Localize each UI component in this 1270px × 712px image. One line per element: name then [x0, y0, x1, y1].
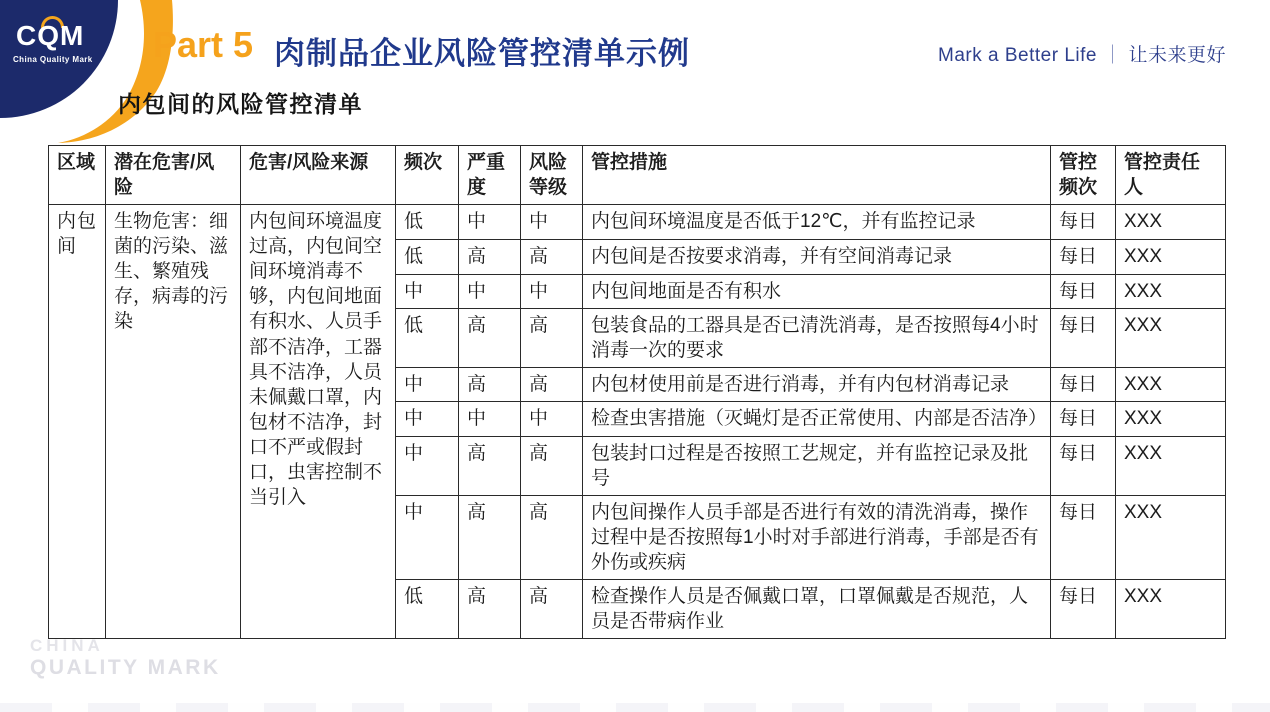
responsible-cell: XXX [1116, 309, 1226, 368]
severity-cell: 高 [459, 368, 521, 402]
frequency-cell: 中 [396, 368, 459, 402]
watermark-line2: QUALITY MARK [30, 656, 221, 680]
slogan-separator: ｜ [1103, 45, 1123, 66]
severity-cell: 高 [459, 579, 521, 638]
hazard-cell: 生物危害：细菌的污染、滋生、繁殖残存，病毒的污染 [106, 205, 241, 639]
col-header-measure: 管控措施 [583, 146, 1051, 205]
table-row: 内包间 生物危害：细菌的污染、滋生、繁殖残存，病毒的污染 内包间环境温度过高，内… [49, 205, 1226, 240]
control-frequency-cell: 每日 [1051, 275, 1116, 309]
slide-subtitle: 内包间的风险管控清单 [118, 86, 363, 119]
severity-cell: 中 [459, 402, 521, 436]
risk-level-cell: 高 [521, 309, 583, 368]
severity-cell: 高 [459, 309, 521, 368]
risk-level-cell: 中 [521, 275, 583, 309]
bottom-film-strip [0, 703, 1270, 712]
col-header-hazard: 潜在危害/风险 [106, 146, 241, 205]
watermark-line1: CHINA [30, 636, 221, 656]
frequency-cell: 中 [396, 436, 459, 495]
responsible-cell: XXX [1116, 205, 1226, 240]
measure-cell: 检查操作人员是否佩戴口罩，口罩佩戴是否规范，人员是否带病作业 [583, 579, 1051, 638]
slogan-zh: 让未来更好 [1128, 45, 1226, 66]
measure-cell: 内包间是否按要求消毒，并有空间消毒记录 [583, 240, 1051, 275]
control-frequency-cell: 每日 [1051, 368, 1116, 402]
control-frequency-cell: 每日 [1051, 309, 1116, 368]
col-header-source: 危害/风险来源 [241, 146, 396, 205]
measure-cell: 检查虫害措施（灭蝇灯是否正常使用、内部是否洁净） [583, 402, 1051, 436]
measure-cell: 内包间操作人员手部是否进行有效的清洗消毒，操作过程中是否按照每1小时对手部进行消… [583, 495, 1051, 579]
responsible-cell: XXX [1116, 368, 1226, 402]
logo-tagline: China Quality Mark [13, 55, 93, 64]
col-header-control-frequency: 管控频次 [1051, 146, 1116, 205]
frequency-cell: 低 [396, 240, 459, 275]
source-cell: 内包间环境温度过高，内包间空间环境消毒不够，内包间地面有积水、人员手部不洁净，工… [241, 205, 396, 639]
control-frequency-cell: 每日 [1051, 436, 1116, 495]
risk-control-table: 区域 潜在危害/风险 危害/风险来源 频次 严重度 风险等级 管控措施 管控频次… [48, 145, 1226, 639]
col-header-frequency: 频次 [396, 146, 459, 205]
col-header-responsible: 管控责任人 [1116, 146, 1226, 205]
frequency-cell: 低 [396, 579, 459, 638]
table-header-row: 区域 潜在危害/风险 危害/风险来源 频次 严重度 风险等级 管控措施 管控频次… [49, 146, 1226, 205]
risk-level-cell: 高 [521, 240, 583, 275]
risk-level-cell: 高 [521, 495, 583, 579]
frequency-cell: 中 [396, 495, 459, 579]
risk-level-cell: 高 [521, 368, 583, 402]
responsible-cell: XXX [1116, 240, 1226, 275]
area-cell: 内包间 [49, 205, 106, 639]
responsible-cell: XXX [1116, 495, 1226, 579]
risk-level-cell: 中 [521, 402, 583, 436]
control-frequency-cell: 每日 [1051, 402, 1116, 436]
measure-cell: 内包材使用前是否进行消毒，并有内包材消毒记录 [583, 368, 1051, 402]
col-header-area: 区域 [49, 146, 106, 205]
part-label: Part 5 [153, 24, 253, 66]
col-header-risk-level: 风险等级 [521, 146, 583, 205]
watermark: CHINA QUALITY MARK [30, 636, 221, 680]
risk-level-cell: 高 [521, 579, 583, 638]
frequency-cell: 中 [396, 402, 459, 436]
frequency-cell: 中 [396, 275, 459, 309]
measure-cell: 包装封口过程是否按照工艺规定，并有监控记录及批号 [583, 436, 1051, 495]
logo-acronym: CQM [16, 20, 84, 52]
control-frequency-cell: 每日 [1051, 205, 1116, 240]
control-frequency-cell: 每日 [1051, 240, 1116, 275]
severity-cell: 中 [459, 275, 521, 309]
control-frequency-cell: 每日 [1051, 579, 1116, 638]
measure-cell: 包装食品的工器具是否已清洗消毒，是否按照每4小时消毒一次的要求 [583, 309, 1051, 368]
responsible-cell: XXX [1116, 579, 1226, 638]
frequency-cell: 低 [396, 205, 459, 240]
responsible-cell: XXX [1116, 402, 1226, 436]
risk-level-cell: 高 [521, 436, 583, 495]
page-title: 肉制品企业风险管控清单示例 [274, 28, 690, 73]
slogan-en: Mark a Better Life [938, 45, 1097, 66]
responsible-cell: XXX [1116, 275, 1226, 309]
responsible-cell: XXX [1116, 436, 1226, 495]
measure-cell: 内包间地面是否有积水 [583, 275, 1051, 309]
col-header-severity: 严重度 [459, 146, 521, 205]
measure-cell: 内包间环境温度是否低于12℃，并有监控记录 [583, 205, 1051, 240]
severity-cell: 高 [459, 495, 521, 579]
frequency-cell: 低 [396, 309, 459, 368]
risk-level-cell: 中 [521, 205, 583, 240]
header-right-slogan: Mark a Better Life｜让未来更好 [938, 40, 1226, 67]
control-frequency-cell: 每日 [1051, 495, 1116, 579]
severity-cell: 中 [459, 205, 521, 240]
severity-cell: 高 [459, 436, 521, 495]
severity-cell: 高 [459, 240, 521, 275]
